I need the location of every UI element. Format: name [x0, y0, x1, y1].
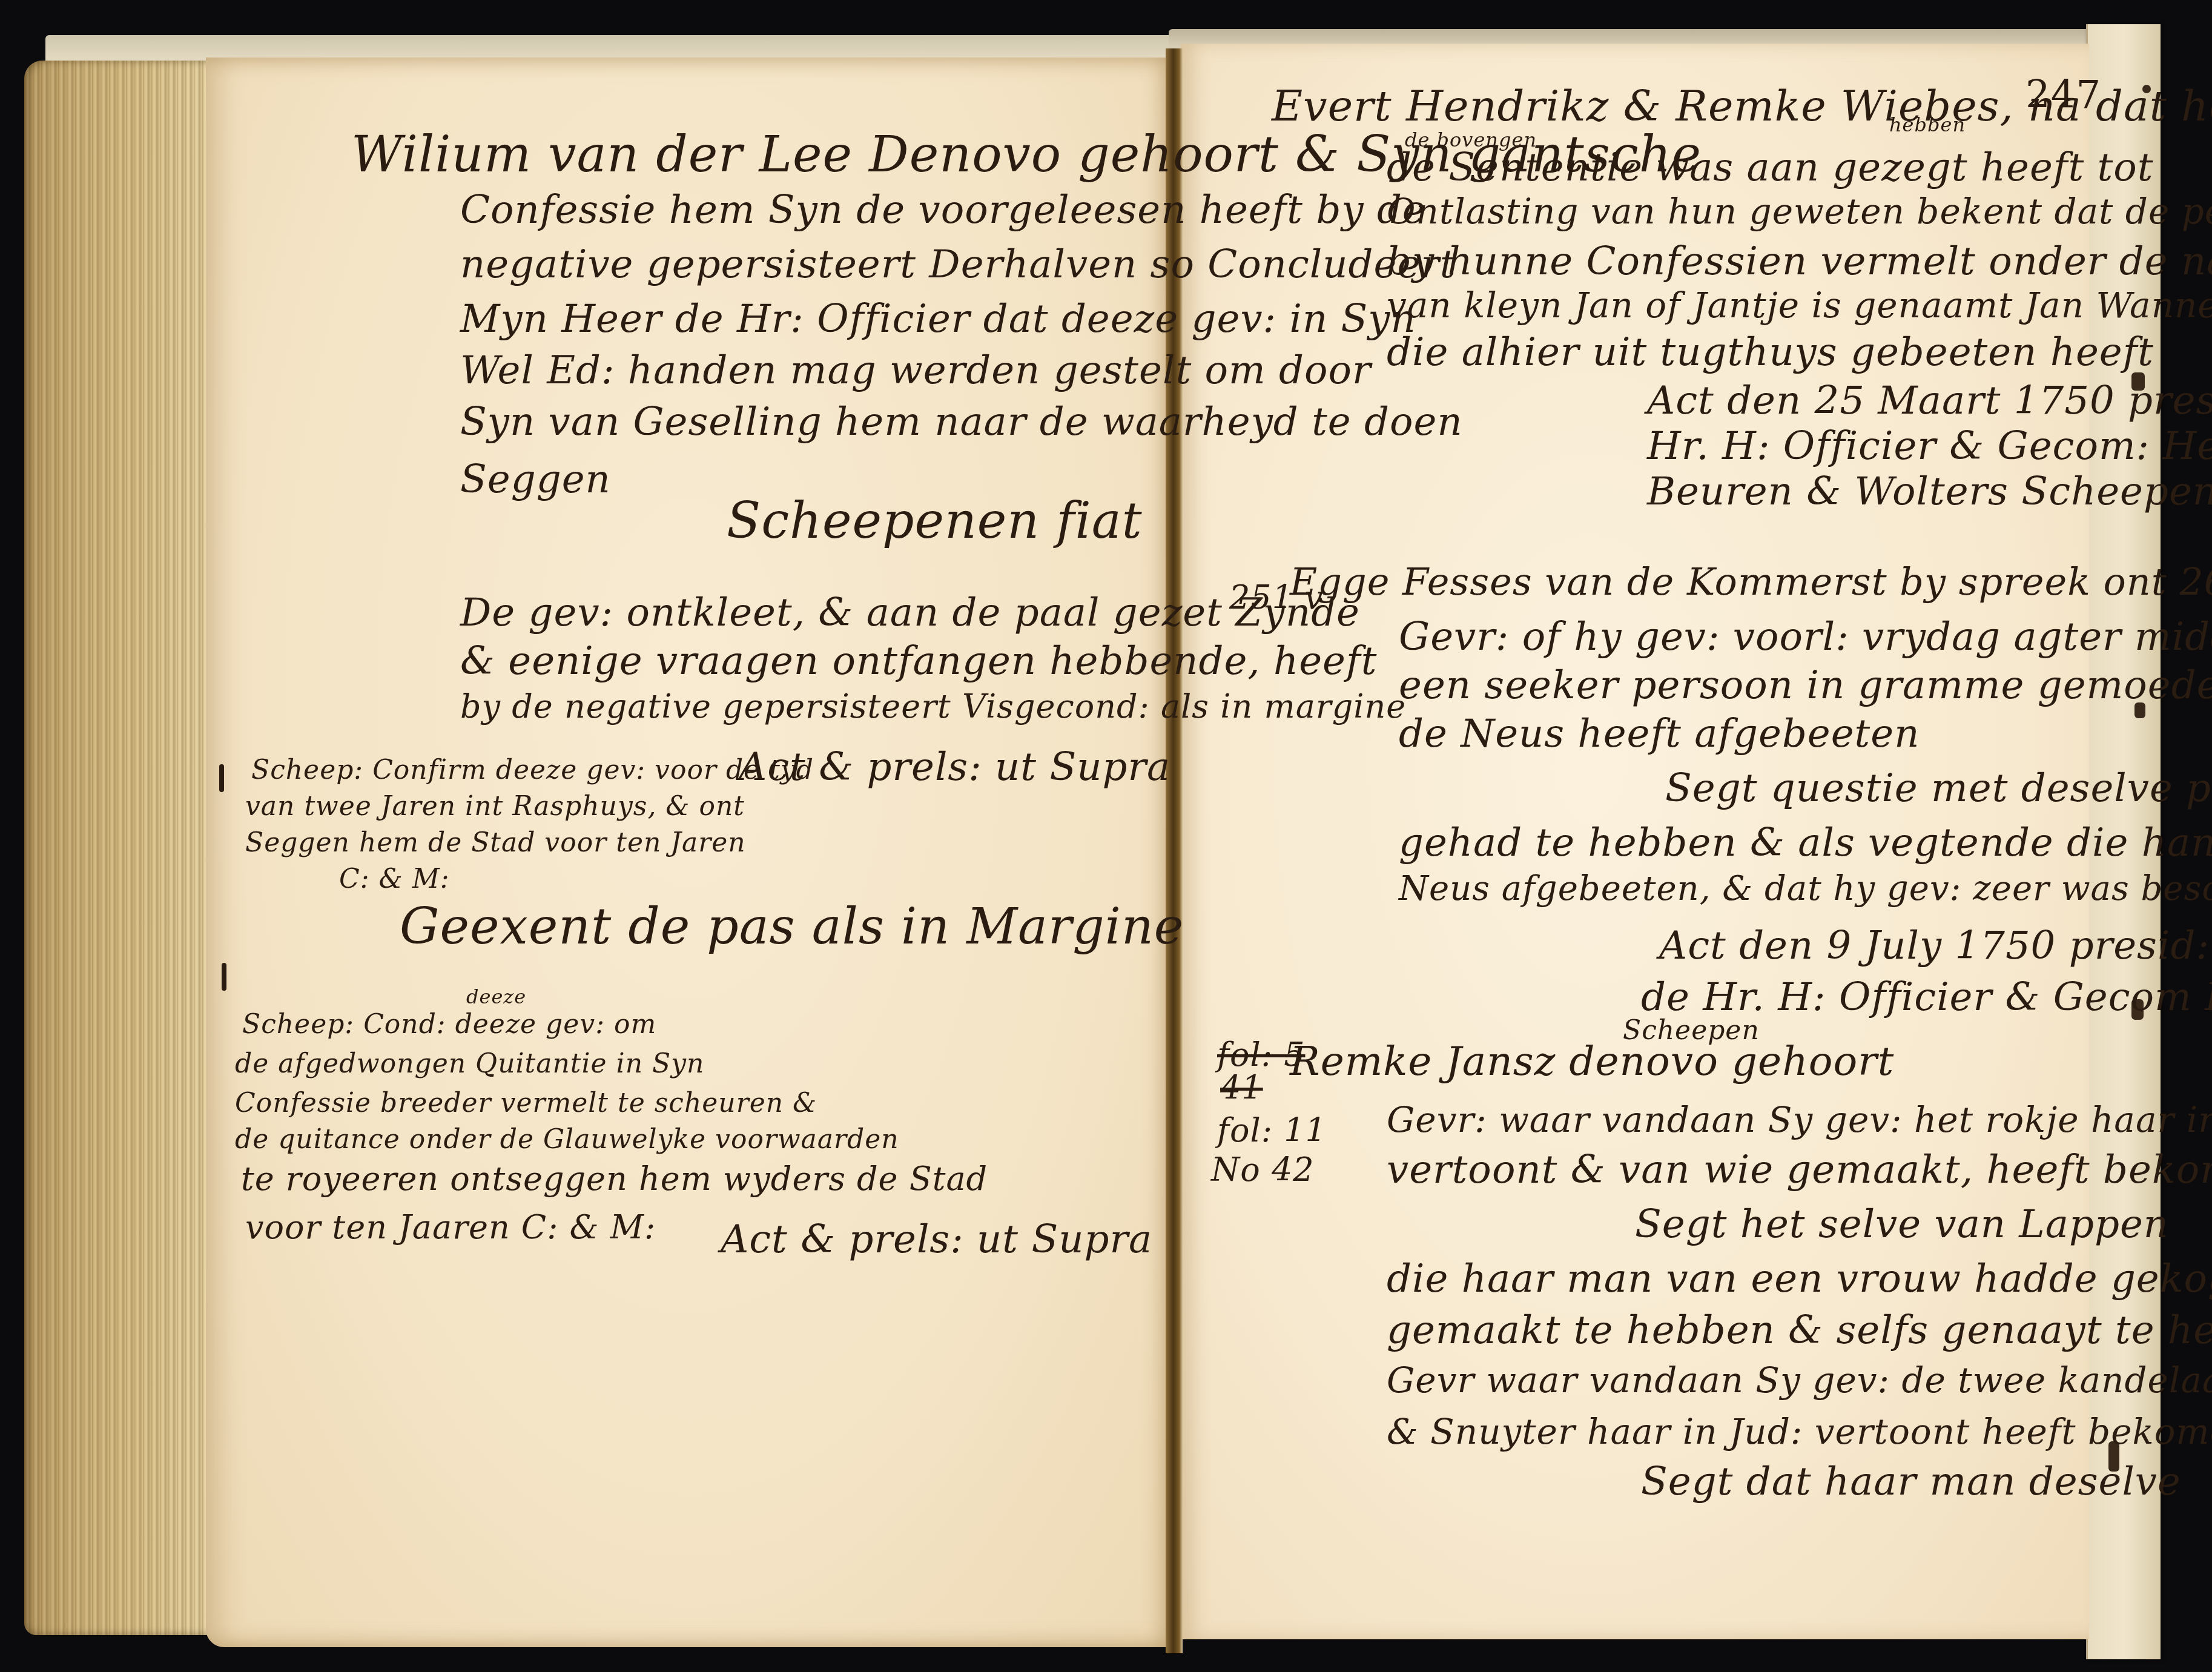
text-line: Confessie hem Syn de voorgeleesen heeft … — [460, 191, 1426, 230]
text-line: Seggen — [460, 460, 611, 499]
margin-note-line: van twee Jaren int Rasphuys, & ont — [245, 793, 745, 820]
text-line: vertoont & van wie gemaakt, heeft bekome… — [1387, 1151, 2212, 1189]
text-line: die haar man van een vrouw hadde gekogt, — [1387, 1260, 2212, 1298]
margin-note-line: Scheep: Confirm deeze gev: voor de tyd — [251, 757, 814, 784]
text-line: gehad te hebben & als vegtende die hand … — [1399, 824, 2212, 862]
text-line: van kleyn Jan of Jantje is genaamt Jan W… — [1387, 288, 2212, 323]
text-line: Gevr: of hy gev: voorl: vrydag agter mid… — [1399, 618, 2212, 656]
text-line: by de negative gepersisteert Visgecond: … — [460, 690, 1406, 723]
margin-note-line: te royeeren ontseggen hem wyders de Stad — [241, 1163, 988, 1195]
act-line: Act den 25 Maart 1750 presid: de — [1647, 382, 2212, 420]
text-line: de Neus heeft afgebeeten — [1399, 715, 1920, 753]
margin-note-line: Confessie breeder vermelt te scheuren & — [235, 1090, 817, 1117]
margin-reference: No 42 — [1211, 1154, 1315, 1186]
entry-name-heading: Remke Jansz denovo gehoort — [1290, 1042, 1894, 1082]
text-line: de Sententie was aan gezegt heeft tot — [1387, 148, 2154, 187]
interlinear-note: hebben — [1889, 115, 1966, 134]
text-line: & Snuyter haar in Jud: vertoont heeft be… — [1387, 1414, 2212, 1449]
text-line: Syn van Geselling hem naar de waarheyd t… — [460, 403, 1463, 441]
margin-note-line: de afgedwongen Quitantie in Syn — [235, 1051, 704, 1077]
text-line: Segt questie met deselve persoon — [1665, 769, 2212, 808]
margin-note-line: de quitance onder de Glauwelyke voorwaar… — [235, 1126, 899, 1153]
text-line: Segt dat haar man deselve — [1641, 1462, 2181, 1501]
margin-note-line: voor ten Jaaren C: & M: — [245, 1211, 656, 1244]
margin-note-line: Seggen hem de Stad voor ten Jaren — [245, 830, 746, 856]
text-line: negative gepersisteert Derhalven so Conc… — [460, 245, 1456, 284]
act-line: Act den 9 July 1750 presid: — [1659, 927, 2210, 965]
text-line: Segt het selve van Lappen — [1635, 1205, 2169, 1244]
act-line: Act & prels: ut Supra — [739, 748, 1170, 787]
text-line: die alhier uit tugthuys gebeeten heeft — [1387, 333, 2154, 372]
interlinear-note: deeze — [466, 987, 526, 1006]
entry-name-heading: Evert Hendrikz & Remke Wiebes, na dat he… — [1272, 85, 2212, 127]
text-line: een seeker persoon in gramme gemoede de — [1399, 666, 2212, 705]
margin-note-line: C: & M: — [339, 866, 450, 893]
book-gutter — [1166, 48, 1183, 1653]
text-line: Myn Heer de Hr: Officier dat deeze gev: … — [460, 300, 1416, 339]
text-line: Wel Ed: handen mag werden gestelt om doo… — [460, 351, 1372, 390]
text-line: De gev: ontkleet, & aan de paal gezet Zy… — [460, 593, 1360, 632]
margin-note-line: Scheep: Cond: deeze gev: om — [242, 1011, 656, 1038]
section-heading: Scheepenen fiat — [727, 497, 1143, 546]
text-line: gemaakt te hebben & selfs genaayt te heb… — [1387, 1311, 2212, 1350]
act-line: Hr. H: Officier & Gecom: Heeren van — [1647, 427, 2212, 466]
text-line: Neus afgebeeten, & dat hy gev: zeer was … — [1399, 872, 2212, 906]
margin-reference: fol: 11 — [1217, 1114, 1327, 1147]
text-line: Gevr: waar vandaan Sy gev: het rokje haa… — [1387, 1102, 2212, 1137]
act-line: Act & prels: ut Supra — [721, 1220, 1152, 1259]
act-line: Beuren & Wolters Scheepenen — [1647, 472, 2212, 511]
act-line: de Hr. H: Officier & Gecom Hr. Wolters — [1641, 978, 2212, 1017]
margin-mark — [219, 764, 224, 792]
text-line: Ontlasting van hun geweten bekent dat de… — [1387, 194, 2212, 229]
section-heading: Geexent de pas als in Margine — [400, 902, 1184, 952]
page-stack-fore-edge — [24, 61, 218, 1635]
text-line: Gevr waar vandaan Sy gev: de twee kandel… — [1387, 1363, 2212, 1398]
margin-mark — [222, 963, 226, 991]
text-line: by hunne Confessien vermelt onder de naa… — [1387, 242, 2212, 281]
margin-reference: 41 — [1220, 1072, 1263, 1105]
text-line: & eenige vraagen ontfangen hebbende, hee… — [460, 642, 1377, 681]
entry-name-heading: Egge Fesses van de Kommerst by spreek on… — [1290, 563, 2212, 601]
